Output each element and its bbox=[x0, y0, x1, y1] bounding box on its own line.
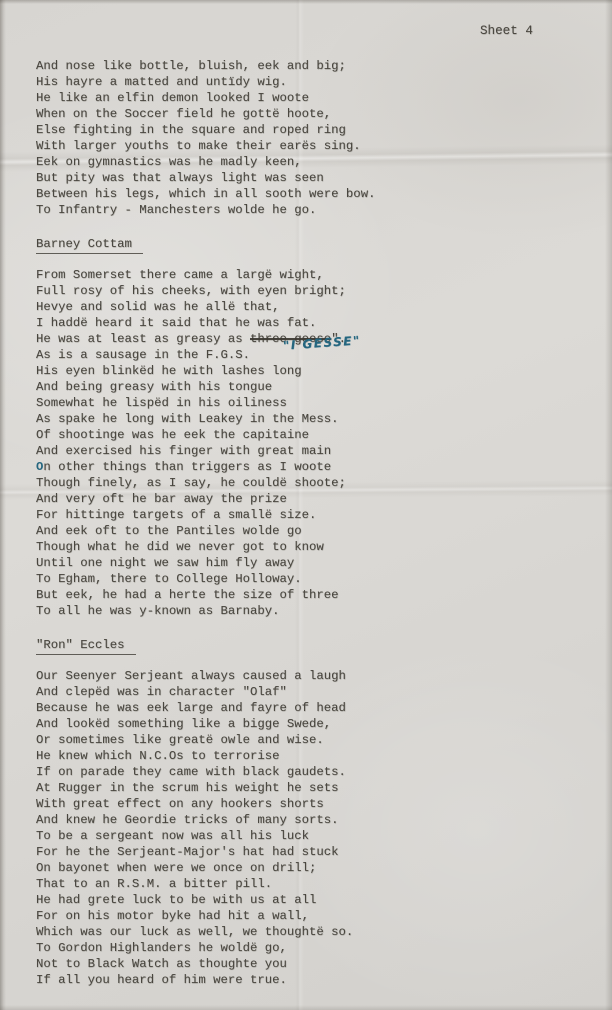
poem-line: He had grete luck to be with us at all bbox=[36, 892, 602, 908]
poem-line: And clepëd was in character "Olaf" bbox=[36, 684, 602, 700]
poem-line: And lookëd something like a bigge Swede, bbox=[36, 716, 602, 732]
poem-line: For hittinge targets of a smallë size. bbox=[36, 507, 602, 523]
poem-line: And exercised his finger with great main bbox=[36, 443, 602, 459]
poem-line: To Infantry - Manchesters wolde he go. bbox=[36, 202, 602, 218]
poem-line: From Somerset there came a largë wight, bbox=[36, 267, 602, 283]
poem-line: His hayre a matted and untïdy wig. bbox=[36, 74, 602, 90]
poem-line: At Rugger in the scrum his weight he set… bbox=[36, 780, 602, 796]
poem-line: For on his motor byke had hit a wall, bbox=[36, 908, 602, 924]
poem-line: He like an elfin demon looked I woote bbox=[36, 90, 602, 106]
poem-line: He knew which N.C.Os to terrorise bbox=[36, 748, 602, 764]
poem-line: And eek oft to the Pantiles wolde go bbox=[36, 523, 602, 539]
stanza-heading-ron-eccles: "Ron" Eccles bbox=[36, 637, 136, 655]
paper-edge-left bbox=[0, 0, 6, 1010]
stanza-continuation: And nose like bottle, bluish, eek and bi… bbox=[36, 58, 602, 218]
poem-line: Eek on gymnastics was he madly keen, bbox=[36, 154, 602, 170]
poem-line: Because he was eek large and fayre of he… bbox=[36, 700, 602, 716]
sheet-number-label: Sheet 4 bbox=[480, 24, 533, 38]
poem-line: Until one night we saw him fly away bbox=[36, 555, 602, 571]
poem-line: But pity was that always light was seen bbox=[36, 170, 602, 186]
poem-line: If all you heard of him were true. bbox=[36, 972, 602, 988]
poem-line: Though finely, as I say, he couldë shoot… bbox=[36, 475, 602, 491]
poem-line: Not to Black Watch as thoughte you bbox=[36, 956, 602, 972]
poem-line: As spake he long with Leakey in the Mess… bbox=[36, 411, 602, 427]
heading-row: "Ron" Eccles bbox=[36, 637, 602, 654]
paper-edge-right bbox=[605, 0, 612, 1010]
stanza-ron-eccles: Our Seenyer Serjeant always caused a lau… bbox=[36, 668, 602, 988]
paper-edge-bottom bbox=[0, 1005, 612, 1010]
paper-edge-top bbox=[0, 0, 612, 4]
poem-line: Between his legs, which in all sooth wer… bbox=[36, 186, 602, 202]
heading-row: Barney Cottam bbox=[36, 236, 602, 253]
poem-line: To all he was y-known as Barnaby. bbox=[36, 603, 602, 619]
poem-line: On bayonet when were we once on drill; bbox=[36, 860, 602, 876]
typewritten-sheet: Sheet 4 And nose like bottle, bluish, ee… bbox=[0, 0, 612, 1010]
poem-line: To Gordon Highlanders he woldë go, bbox=[36, 940, 602, 956]
poem-line: And being greasy with his tongue bbox=[36, 379, 602, 395]
poem-line: I haddë heard it said that he was fat. bbox=[36, 315, 602, 331]
poem-line: Hevye and solid was he allë that, bbox=[36, 299, 602, 315]
ink-corrected-letter: O bbox=[36, 460, 43, 474]
poem-line: That to an R.S.M. a bitter pill. bbox=[36, 876, 602, 892]
poem-line: To be a sergeant now was all his luck bbox=[36, 828, 602, 844]
poem-line: With great effect on any hookers shorts bbox=[36, 796, 602, 812]
poem-line: Full rosy of his cheeks, with eyen brigh… bbox=[36, 283, 602, 299]
poem-line: Somewhat he lispëd in his oiliness bbox=[36, 395, 602, 411]
poem-line: And knew he Geordie tricks of many sorts… bbox=[36, 812, 602, 828]
poem-line: Which was our luck as well, we thoughtë … bbox=[36, 924, 602, 940]
poem-line: For he the Serjeant-Major's hat had stuc… bbox=[36, 844, 602, 860]
poem-line: If on parade they came with black gaudet… bbox=[36, 764, 602, 780]
poem-line: Our Seenyer Serjeant always caused a lau… bbox=[36, 668, 602, 684]
stanza-heading-barney-cottam: Barney Cottam bbox=[36, 236, 143, 254]
poem-line: When on the Soccer field he gottë hoote, bbox=[36, 106, 602, 122]
poem-body: And nose like bottle, bluish, eek and bi… bbox=[36, 58, 602, 988]
poem-line: Else fighting in the square and roped ri… bbox=[36, 122, 602, 138]
poem-line: On other things than triggers as I woote bbox=[36, 459, 602, 475]
poem-line: With larger youths to make their earës s… bbox=[36, 138, 602, 154]
stanza-barney-cottam: From Somerset there came a largë wight,F… bbox=[36, 267, 602, 619]
poem-line: Or sometimes like greatë owle and wise. bbox=[36, 732, 602, 748]
poem-line: Though what he did we never got to know bbox=[36, 539, 602, 555]
poem-line: But eek, he had a herte the size of thre… bbox=[36, 587, 602, 603]
poem-line: And very oft he bar away the prize bbox=[36, 491, 602, 507]
poem-line: Of shootinge was he eek the capitaine bbox=[36, 427, 602, 443]
poem-line: And nose like bottle, bluish, eek and bi… bbox=[36, 58, 602, 74]
poem-line: To Egham, there to College Holloway. bbox=[36, 571, 602, 587]
poem-line: His eyen blinkëd he with lashes long bbox=[36, 363, 602, 379]
